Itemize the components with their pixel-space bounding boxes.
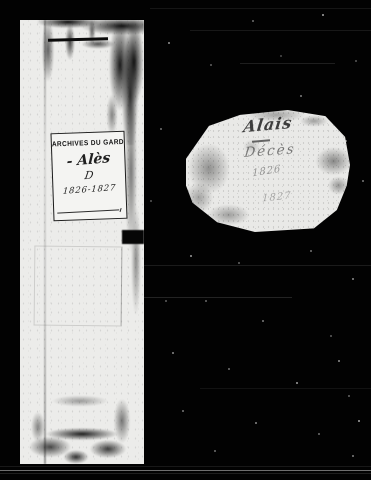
scratch-line	[140, 265, 371, 266]
scratch-line	[190, 30, 371, 31]
register-spine: ARCHIVES DU GARD - Alès D 1826-1827	[20, 20, 144, 464]
scratch-line	[150, 8, 371, 9]
spine-title-label: ARCHIVES DU GARD - Alès D 1826-1827	[50, 131, 127, 222]
scratch-line	[240, 63, 335, 64]
spine-label-rule	[57, 209, 119, 213]
scratch-line	[0, 466, 371, 467]
archive-name: ARCHIVES DU GARD	[52, 138, 124, 148]
film-grain-speckles	[0, 0, 2, 2]
ghost-label-outline	[34, 246, 123, 327]
scratch-line	[200, 388, 371, 389]
archive-photo: ARCHIVES DU GARD - Alès D 1826-1827 Alai…	[0, 0, 371, 480]
scratch-line	[0, 470, 371, 471]
spine-bottom-wear	[20, 369, 144, 464]
scratch-line	[0, 473, 371, 474]
spine-edge-notch	[122, 230, 144, 244]
spine-series-letter: D	[52, 168, 126, 184]
scratch-line	[142, 297, 292, 298]
spine-date-range: 1826-1827	[53, 182, 126, 197]
detached-cover-label: Alais Décès 1826 1827	[186, 110, 350, 232]
